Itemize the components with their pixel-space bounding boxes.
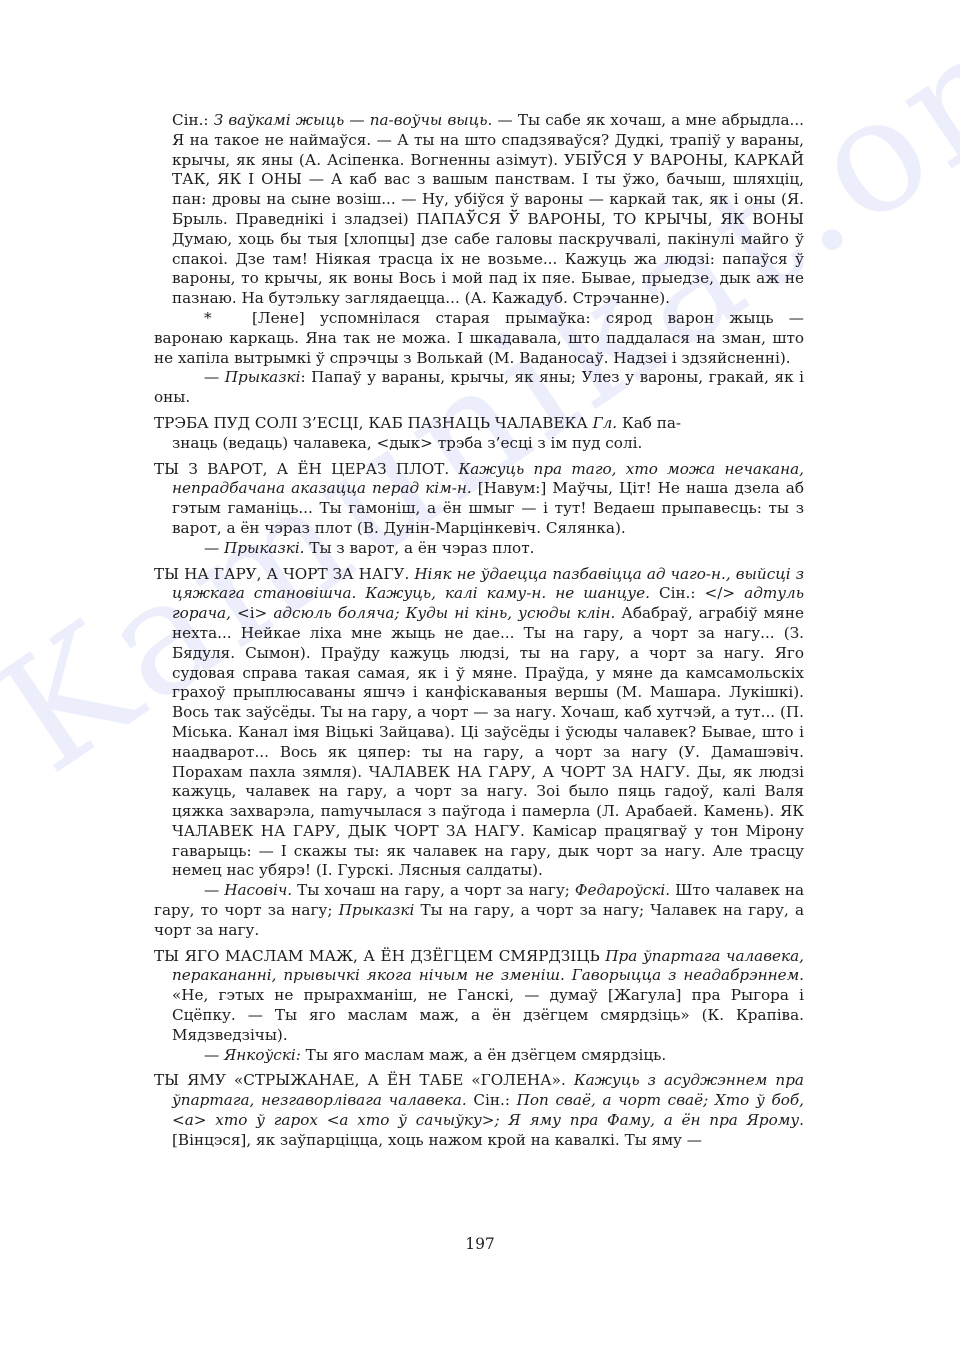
entry-example: [Вінцэся], як заўпарціцца, хоць нажом кр… xyxy=(172,1131,702,1149)
source-label: Федароўскі. xyxy=(575,881,670,899)
dictionary-entry: ТРЭБА ПУД СОЛІ З’ЕСЦІ, КАБ ПАЗНАЦЬ ЧАЛАВ… xyxy=(154,414,804,454)
source-label: Прыказкі xyxy=(225,368,301,386)
asterisk-paragraph: *[Лене] успомнілася старая прымаўка: сяр… xyxy=(154,309,804,368)
page-body: Сін.: З ваўкамі жыць — па-воўчы выць. — … xyxy=(154,111,804,1151)
continued-paragraph: Сін.: З ваўкамі жыць — па-воўчы выць. — … xyxy=(154,111,804,309)
source-label: Насовіч. xyxy=(224,881,292,899)
entry-headword: ТЫ НА ГАРУ, А ЧОРТ ЗА НАГУ. xyxy=(154,565,414,583)
synonym-italic: З ваўкамі жыць — па-воўчы выць. xyxy=(214,111,493,129)
dictionary-entry: ТЫ НА ГАРУ, А ЧОРТ ЗА НАГУ. Ніяк не ўдае… xyxy=(154,565,804,941)
sub-entry-sources: — Прыказкі. Ты з варот, а ён чэраз плот. xyxy=(154,539,804,559)
page-number: 197 xyxy=(0,1235,960,1253)
entry-headword: ТРЭБА ПУД СОЛІ З’ЕСЦІ, КАБ ПАЗНАЦЬ ЧАЛАВ… xyxy=(154,414,593,432)
sub-entry-sources: — Янкоўскі: Ты яго маслам маж, а ён дзёг… xyxy=(154,1046,804,1066)
dictionary-entry: ТЫ ЯГО МАСЛАМ МАЖ, А ЁН ДЗЁГЦЕМ СМЯРДЗІЦ… xyxy=(154,947,804,1066)
asterisk-mark: * xyxy=(204,309,252,329)
dictionary-entry: ТЫ З ВАРОТ, А ЁН ЦЕРАЗ ПЛОТ. Кажуць пра … xyxy=(154,460,804,559)
source-label: Прыказкі xyxy=(339,901,415,919)
sub-entry-sources: — Насовіч. Ты хочаш на гару, а чорт за н… xyxy=(154,881,804,940)
entry-body: ТЫ НА ГАРУ, А ЧОРТ ЗА НАГУ. Ніяк не ўдае… xyxy=(154,565,804,882)
cross-ref-label: Гл. xyxy=(593,414,618,432)
dictionary-entry: ТЫ ЯМУ «СТРЫЖАНАЕ, А ЁН ТАБЕ «ГОЛЕНА». К… xyxy=(154,1071,804,1150)
entry-body: ТЫ ЯМУ «СТРЫЖАНАЕ, А ЁН ТАБЕ «ГОЛЕНА». К… xyxy=(154,1071,804,1150)
entry-body: ТЫ З ВАРОТ, А ЁН ЦЕРАЗ ПЛОТ. Кажуць пра … xyxy=(154,460,804,539)
entry-body: ТЫ ЯГО МАСЛАМ МАЖ, А ЁН ДЗЁГЦЕМ СМЯРДЗІЦ… xyxy=(154,947,804,1046)
entry-headword: ТЫ З ВАРОТ, А ЁН ЦЕРАЗ ПЛОТ. xyxy=(154,460,459,478)
entry-example: «Не, гэтых не прырахманіш, не Ганскі, — … xyxy=(172,986,804,1044)
entry-headline: ТРЭБА ПУД СОЛІ З’ЕСЦІ, КАБ ПАЗНАЦЬ ЧАЛАВ… xyxy=(154,414,804,454)
entry-example: Абабраў, аграбіў мяне нехта... Нейкае лі… xyxy=(172,604,804,879)
sub-entry-sources: — Прыказкі: Папаў у вараны, крычы, як ян… xyxy=(154,368,804,408)
entry-headword: ТЫ ЯГО МАСЛАМ МАЖ, А ЁН ДЗЁГЦЕМ СМЯРДЗІЦ… xyxy=(154,947,605,965)
source-label: Янкоўскі: xyxy=(224,1046,301,1064)
entry-headword: ТЫ ЯМУ «СТРЫЖАНАЕ, А ЁН ТАБЕ «ГОЛЕНА». xyxy=(154,1071,574,1089)
synonym-italic: адсюль боляча; Куды ні кінь, усюды клін. xyxy=(273,604,615,622)
source-label: Прыказкі. xyxy=(224,539,305,557)
